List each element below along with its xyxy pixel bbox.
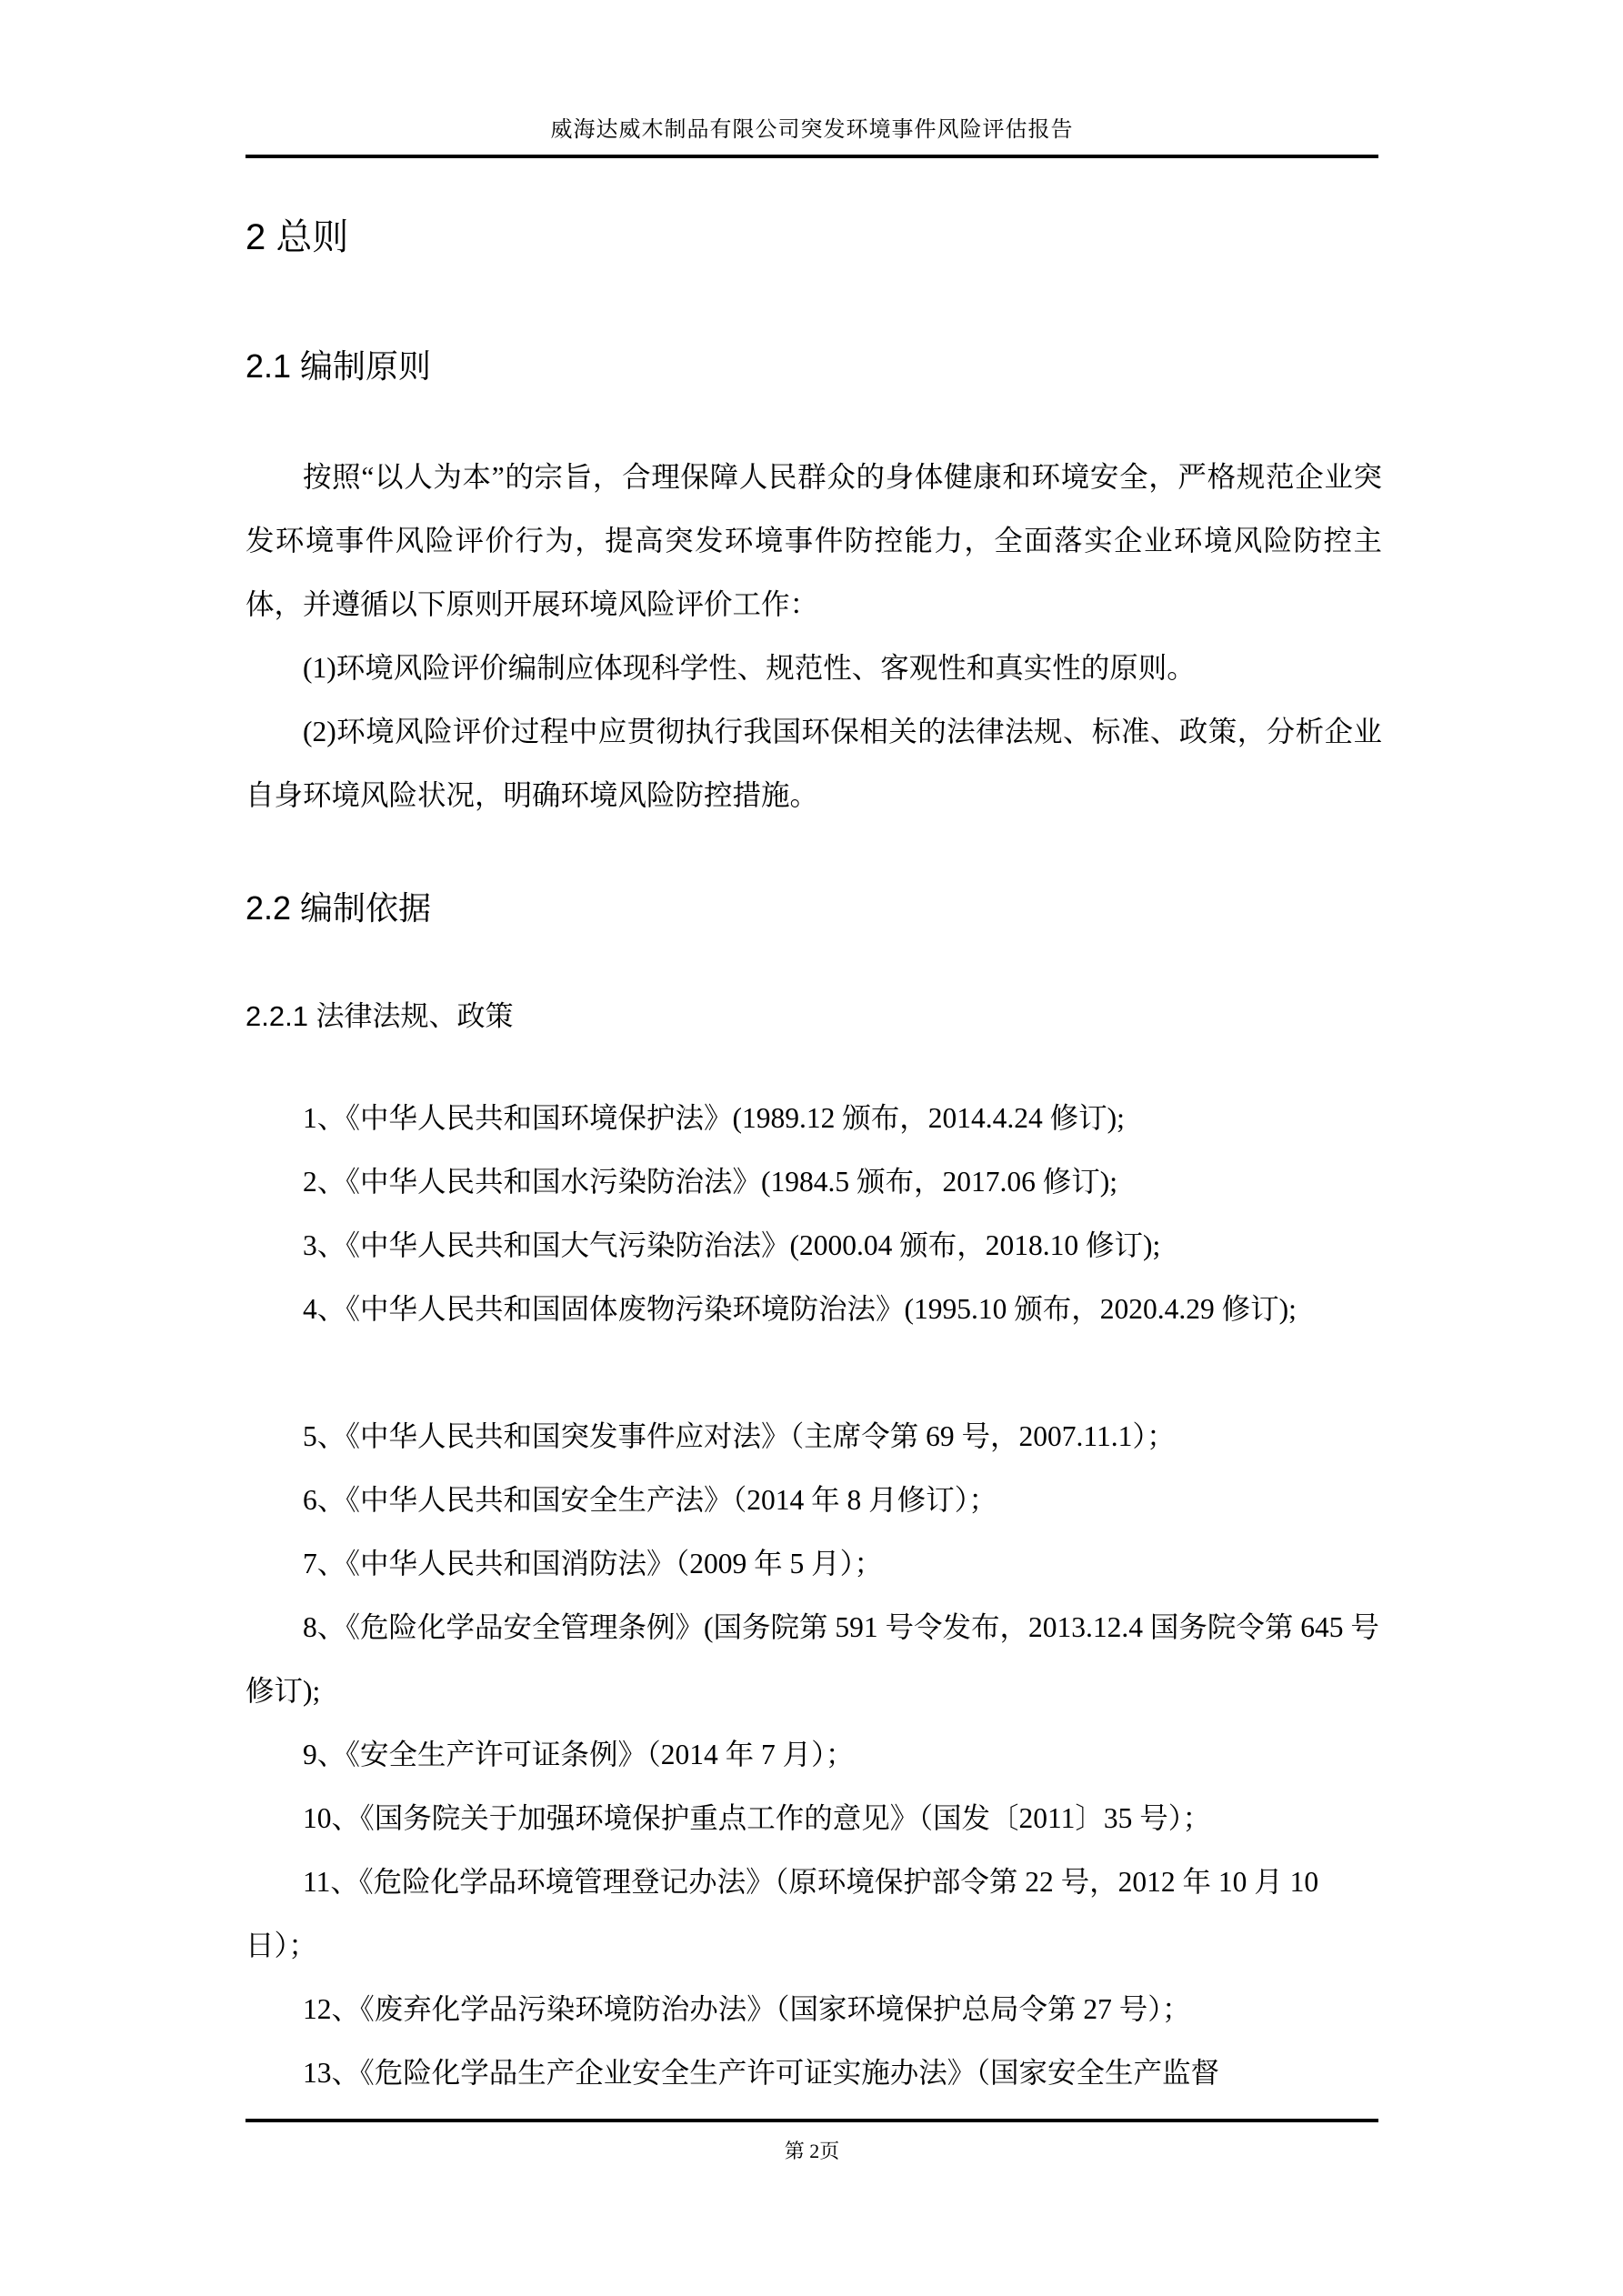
law-list-item: 12、《废弃化学品污染环境防治办法》（国家环境保护总局令第 27 号）； xyxy=(245,1978,1382,2041)
paragraph-principle-2: (2)环境风险评价过程中应贯彻执行我国环保相关的法律法规、标准、政策，分析企业自… xyxy=(245,700,1382,827)
law-list-item: 10、《国务院关于加强环境保护重点工作的意见》（国发〔2011〕35 号）； xyxy=(245,1787,1382,1850)
header-rule xyxy=(245,155,1378,158)
law-list-item: 6、《中华人民共和国安全生产法》（2014 年 8 月修订）； xyxy=(245,1469,1382,1532)
law-list-item: 5、《中华人民共和国突发事件应对法》（主席令第 69 号，2007.11.1）； xyxy=(245,1405,1382,1469)
section-heading: 2 总则 xyxy=(245,215,348,260)
law-list-item: 4、《中华人民共和国固体废物污染环境防治法》(1995.10 颁布，2020.4… xyxy=(245,1278,1382,1341)
subsection-heading-2-1: 2.1 编制原则 xyxy=(245,346,431,387)
law-list-item: 13、《危险化学品生产企业安全生产许可证实施办法》（国家安全生产监督 xyxy=(245,2041,1382,2105)
document-header-title: 威海达威木制品有限公司突发环境事件风险评估报告 xyxy=(245,116,1378,144)
law-list-item: 8、《危险化学品安全管理条例》(国务院第 591 号令发布，2013.12.4 … xyxy=(245,1596,1382,1723)
footer-rule xyxy=(245,2119,1378,2122)
page-number: 第 2页 xyxy=(245,2139,1378,2164)
law-list-item: 11、《危险化学品环境管理登记办法》（原环境保护部令第 22 号，2012 年 … xyxy=(245,1850,1382,1978)
law-list-item: 9、《安全生产许可证条例》（2014 年 7 月）； xyxy=(245,1723,1382,1787)
subsection-heading-2-2: 2.2 编制依据 xyxy=(245,887,431,929)
law-list-item: 2、《中华人民共和国水污染防治法》(1984.5 颁布，2017.06 修订); xyxy=(245,1150,1382,1214)
subsubsection-heading-2-2-1: 2.2.1 法律法规、政策 xyxy=(245,998,514,1035)
law-list-item: 1、《中华人民共和国环境保护法》(1989.12 颁布，2014.4.24 修订… xyxy=(245,1087,1382,1150)
paragraph-principle-1: (1)环境风险评价编制应体现科学性、规范性、客观性和真实性的原则。 xyxy=(245,637,1382,700)
paragraph-principles-intro: 按照“以人为本”的宗旨，合理保障人民群众的身体健康和环境安全，严格规范企业突发环… xyxy=(245,446,1382,637)
law-list-item: 3、《中华人民共和国大气污染防治法》(2000.04 颁布，2018.10 修订… xyxy=(245,1214,1382,1278)
law-list-item: 7、《中华人民共和国消防法》（2009 年 5 月）； xyxy=(245,1532,1382,1596)
